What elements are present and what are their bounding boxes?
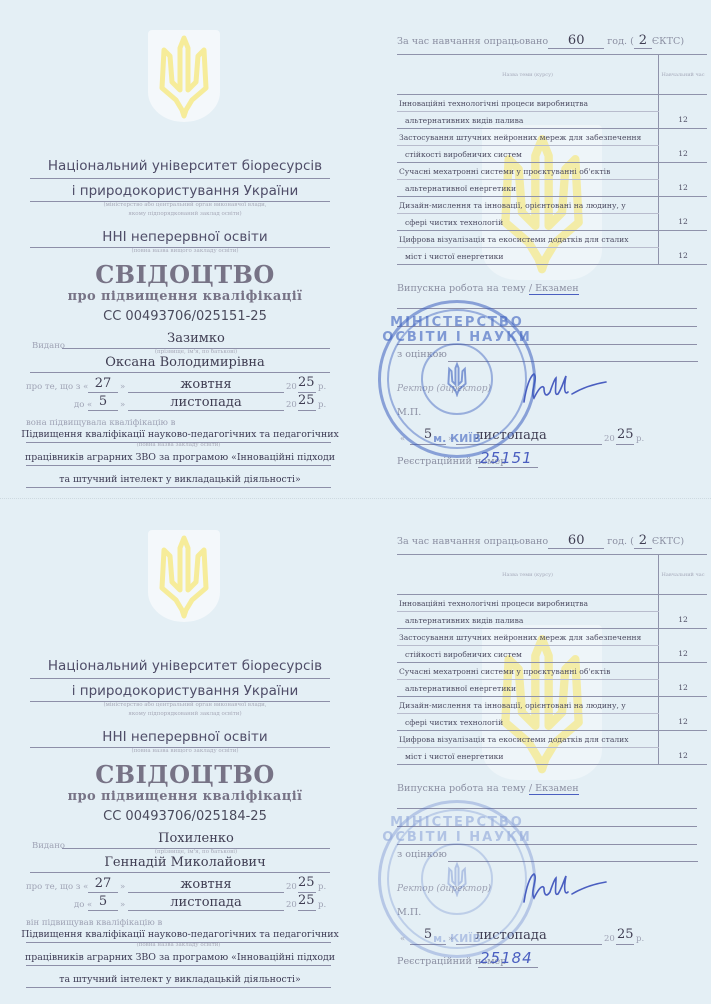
underline (616, 944, 634, 945)
table-row: Застосування штучних нейронних мереж для… (397, 129, 707, 146)
topic-hours: 12 (659, 180, 707, 197)
hours-cell-empty (659, 731, 707, 748)
program-caption: (повна назва закладу освіти) (26, 941, 331, 950)
topic-title-line-2: сфері чистих технологій (397, 214, 659, 231)
quote: » (120, 900, 125, 910)
program-line-2: працівників аграрних ЗВО за програмою «І… (20, 452, 340, 463)
table-row: альтернативних видів палива12 (397, 612, 707, 629)
quote: » (120, 382, 125, 392)
recipient-given-names: Оксана Володимирівна (40, 355, 330, 370)
topic-hours: 12 (659, 646, 707, 663)
hours-value: 60 (548, 533, 604, 549)
topic-hours: 12 (659, 680, 707, 697)
from-month: жовтня (128, 377, 284, 392)
official-seal-icon: МІНІСТЕРСТВО ОСВІТИ І НАУКИ м. КИЇВ (378, 800, 536, 958)
final-work: Випускна робота на тему / Екзамен (397, 283, 579, 294)
underline (30, 178, 330, 179)
program-line-1: Підвищення кваліфікації науково-педагогі… (20, 929, 340, 940)
hours-header: Навчальний час (659, 55, 707, 95)
program-line-1: Підвищення кваліфікації науково-педагогі… (20, 429, 340, 440)
table-row: сфері чистих технологій12 (397, 714, 707, 731)
year-suffix: р. (318, 382, 326, 392)
underline (26, 987, 331, 988)
topic-title-line-1: Інноваційні технологічні процеси виробни… (397, 95, 659, 112)
issue-year: 25 (617, 427, 634, 442)
recipient-given-names: Геннадій Миколайович (40, 855, 330, 870)
faculty: ННІ неперервної освіти (40, 229, 330, 245)
certificate-number: СС 00493706/025151-25 (40, 309, 330, 324)
final-work-value: / Екзамен (529, 783, 579, 795)
seal-text: МІНІСТЕРСТВО ОСВІТИ І НАУКИ (381, 815, 533, 845)
underline (298, 910, 316, 911)
topic-header: Назва теми (курсу) (397, 55, 659, 95)
table-row: Дизайн-мислення та інновації, орієнтован… (397, 697, 707, 714)
underline (88, 392, 118, 393)
table-row: Цифрова візуалізація та екосистеми додат… (397, 731, 707, 748)
topic-title-line-1: Цифрова візуалізація та екосистеми додат… (397, 731, 659, 748)
table-row: Дизайн-мислення та інновації, орієнтован… (397, 197, 707, 214)
official-seal-icon: МІНІСТЕРСТВО ОСВІТИ І НАУКИ м. КИЇВ (378, 300, 536, 458)
topic-title-line-1: Дизайн-мислення та інновації, орієнтован… (397, 697, 659, 714)
topic-title-line-2: стійкості виробничих систем (397, 646, 659, 663)
topic-title-line-1: Сучасні мехатронні системи у проєктуванн… (397, 663, 659, 680)
year-prefix: 20 (286, 400, 297, 410)
hours-value: 60 (548, 33, 604, 49)
hours-cell-empty (659, 595, 707, 612)
topic-hours: 12 (659, 112, 707, 129)
hours-cell-empty (659, 231, 707, 248)
faculty-caption: (повна назва вищого закладу освіти) (40, 247, 330, 256)
topic-title-line-1: Цифрова візуалізація та екосистеми додат… (397, 231, 659, 248)
coat-of-arms-icon (148, 530, 220, 622)
quote: » (120, 400, 125, 410)
certificate-subtitle: про підвищення кваліфікації (40, 789, 330, 804)
certificate-number: СС 00493706/025184-25 (40, 809, 330, 824)
topic-header: Назва теми (курсу) (397, 555, 659, 595)
seal-city: м. КИЇВ (381, 932, 533, 945)
table-row: Цифрова візуалізація та екосистеми додат… (397, 231, 707, 248)
certificate: Національний університет біоресурсів і п… (0, 500, 711, 1002)
topics-table: Назва теми (курсу) Навчальний час Іннова… (397, 54, 707, 265)
qualified-label: він підвищував кваліфікацію в (26, 918, 162, 928)
year-suffix: р. (318, 900, 326, 910)
from-year: 25 (298, 875, 315, 890)
topic-hours: 12 (659, 714, 707, 731)
institution-line-2: і природокористування України (40, 183, 330, 199)
year-suffix: р. (318, 400, 326, 410)
hours-cell-empty (659, 629, 707, 646)
topic-title-line-2: альтернативних видів палива (397, 612, 659, 629)
hours-cell-empty (659, 129, 707, 146)
topic-title-line-1: Дизайн-мислення та інновації, орієнтован… (397, 197, 659, 214)
table-row: альтернативних видів палива12 (397, 112, 707, 129)
from-label: про те, що з « (26, 882, 88, 892)
topic-hours: 12 (659, 612, 707, 629)
program-line-3: та штучний інтелект у викладацькій діяль… (20, 974, 340, 985)
institution-line-1: Національний університет біоресурсів (40, 158, 330, 174)
to-day: 5 (88, 894, 118, 909)
institution-caption: (міністерство або центральний орган вико… (40, 201, 330, 219)
hours-cell-empty (659, 95, 707, 112)
topic-title-line-2: стійкості виробничих систем (397, 146, 659, 163)
topic-title-line-1: Інноваційні технологічні процеси виробни… (397, 595, 659, 612)
topic-title-line-2: альтернативної енергетики (397, 180, 659, 197)
issued-label: Видано (32, 341, 65, 351)
underline (30, 872, 330, 873)
table-row: Сучасні мехатронні системи у проєктуванн… (397, 663, 707, 680)
from-day: 27 (88, 876, 118, 891)
certificate: Національний університет біоресурсів і п… (0, 0, 711, 502)
hours-cell-empty (659, 197, 707, 214)
topic-title-line-2: альтернативної енергетики (397, 680, 659, 697)
table-row: Інноваційні технологічні процеси виробни… (397, 95, 707, 112)
recipient-surname: Похиленко (62, 831, 330, 846)
seal-text: МІНІСТЕРСТВО ОСВІТИ І НАУКИ (381, 315, 533, 345)
topic-title-line-2: міст і чистої енергетики (397, 248, 659, 265)
study-hours: За час навчання опрацьовано60 год. (2ЄКТ… (397, 533, 684, 549)
hours-cell-empty (659, 697, 707, 714)
table-row: стійкості виробничих систем12 (397, 146, 707, 163)
topics-table: Назва теми (курсу) Навчальний час Іннова… (397, 554, 707, 765)
from-year: 25 (298, 375, 315, 390)
from-day: 27 (88, 376, 118, 391)
underline (478, 467, 538, 468)
topic-title-line-1: Сучасні мехатронні системи у проєктуванн… (397, 163, 659, 180)
to-month: листопада (128, 395, 284, 410)
underline (298, 410, 316, 411)
topic-hours: 12 (659, 748, 707, 765)
underline (88, 910, 118, 911)
underline (128, 410, 284, 411)
topic-title-line-1: Застосування штучних нейронних мереж для… (397, 629, 659, 646)
topic-hours: 12 (659, 248, 707, 265)
topic-title-line-1: Застосування штучних нейронних мереж для… (397, 129, 659, 146)
topic-title-line-2: сфері чистих технологій (397, 714, 659, 731)
table-row: альтернативної енергетики12 (397, 180, 707, 197)
table-row: Застосування штучних нейронних мереж для… (397, 629, 707, 646)
underline (128, 892, 284, 893)
certificate-subtitle: про підвищення кваліфікації (40, 289, 330, 304)
table-row: Інноваційні технологічні процеси виробни… (397, 595, 707, 612)
topic-title-line-2: альтернативних видів палива (397, 112, 659, 129)
hours-header: Навчальний час (659, 555, 707, 595)
underline (478, 967, 538, 968)
issued-label: Видано (32, 841, 65, 851)
qualified-label: вона підвищувала кваліфікацію в (26, 418, 175, 428)
underline (88, 892, 118, 893)
coat-of-arms-icon (148, 30, 220, 122)
underline (128, 910, 284, 911)
to-year: 25 (298, 893, 315, 908)
topic-title-line-2: міст і чистої енергетики (397, 748, 659, 765)
table-row: стійкості виробничих систем12 (397, 646, 707, 663)
underline (616, 444, 634, 445)
table-row: міст і чистої енергетики12 (397, 248, 707, 265)
program-line-3: та штучний інтелект у викладацькій діяль… (20, 474, 340, 485)
table-row: альтернативної енергетики12 (397, 680, 707, 697)
to-year: 25 (298, 393, 315, 408)
year-prefix: 20 (286, 900, 297, 910)
recipient-surname: Зазимко (62, 331, 330, 346)
seal-city: м. КИЇВ (381, 432, 533, 445)
final-work: Випускна робота на тему / Екзамен (397, 783, 579, 794)
underline (26, 465, 331, 466)
underline (128, 392, 284, 393)
issue-year: 25 (617, 927, 634, 942)
study-hours: За час навчання опрацьовано60 год. (2ЄКТ… (397, 33, 684, 49)
underline (30, 372, 330, 373)
underline (26, 965, 331, 966)
program-caption: (повна назва закладу освіти) (26, 441, 331, 450)
institution-line-2: і природокористування України (40, 683, 330, 699)
certificate-title: СВІДОЦТВО (40, 260, 330, 289)
table-row: міст і чистої енергетики12 (397, 748, 707, 765)
faculty: ННІ неперервної освіти (40, 729, 330, 745)
table-row: сфері чистих технологій12 (397, 214, 707, 231)
topic-hours: 12 (659, 214, 707, 231)
to-month: листопада (128, 895, 284, 910)
from-label: про те, що з « (26, 382, 88, 392)
program-line-2: працівників аграрних ЗВО за програмою «І… (20, 952, 340, 963)
underline (30, 678, 330, 679)
table-row: Сучасні мехатронні системи у проєктуванн… (397, 163, 707, 180)
certificate-title: СВІДОЦТВО (40, 760, 330, 789)
year-suffix: р. (318, 882, 326, 892)
ects-value: 2 (634, 33, 652, 49)
quote: » (120, 882, 125, 892)
faculty-caption: (повна назва вищого закладу освіти) (40, 747, 330, 756)
underline (26, 487, 331, 488)
hours-cell-empty (659, 163, 707, 180)
to-day: 5 (88, 394, 118, 409)
underline (88, 410, 118, 411)
institution-line-1: Національний університет біоресурсів (40, 658, 330, 674)
hours-cell-empty (659, 663, 707, 680)
year-prefix: 20 (286, 882, 297, 892)
ects-value: 2 (634, 533, 652, 549)
year-prefix: 20 (286, 382, 297, 392)
topic-hours: 12 (659, 146, 707, 163)
final-work-value: / Екзамен (529, 283, 579, 295)
from-month: жовтня (128, 877, 284, 892)
institution-caption: (міністерство або центральний орган вико… (40, 701, 330, 719)
